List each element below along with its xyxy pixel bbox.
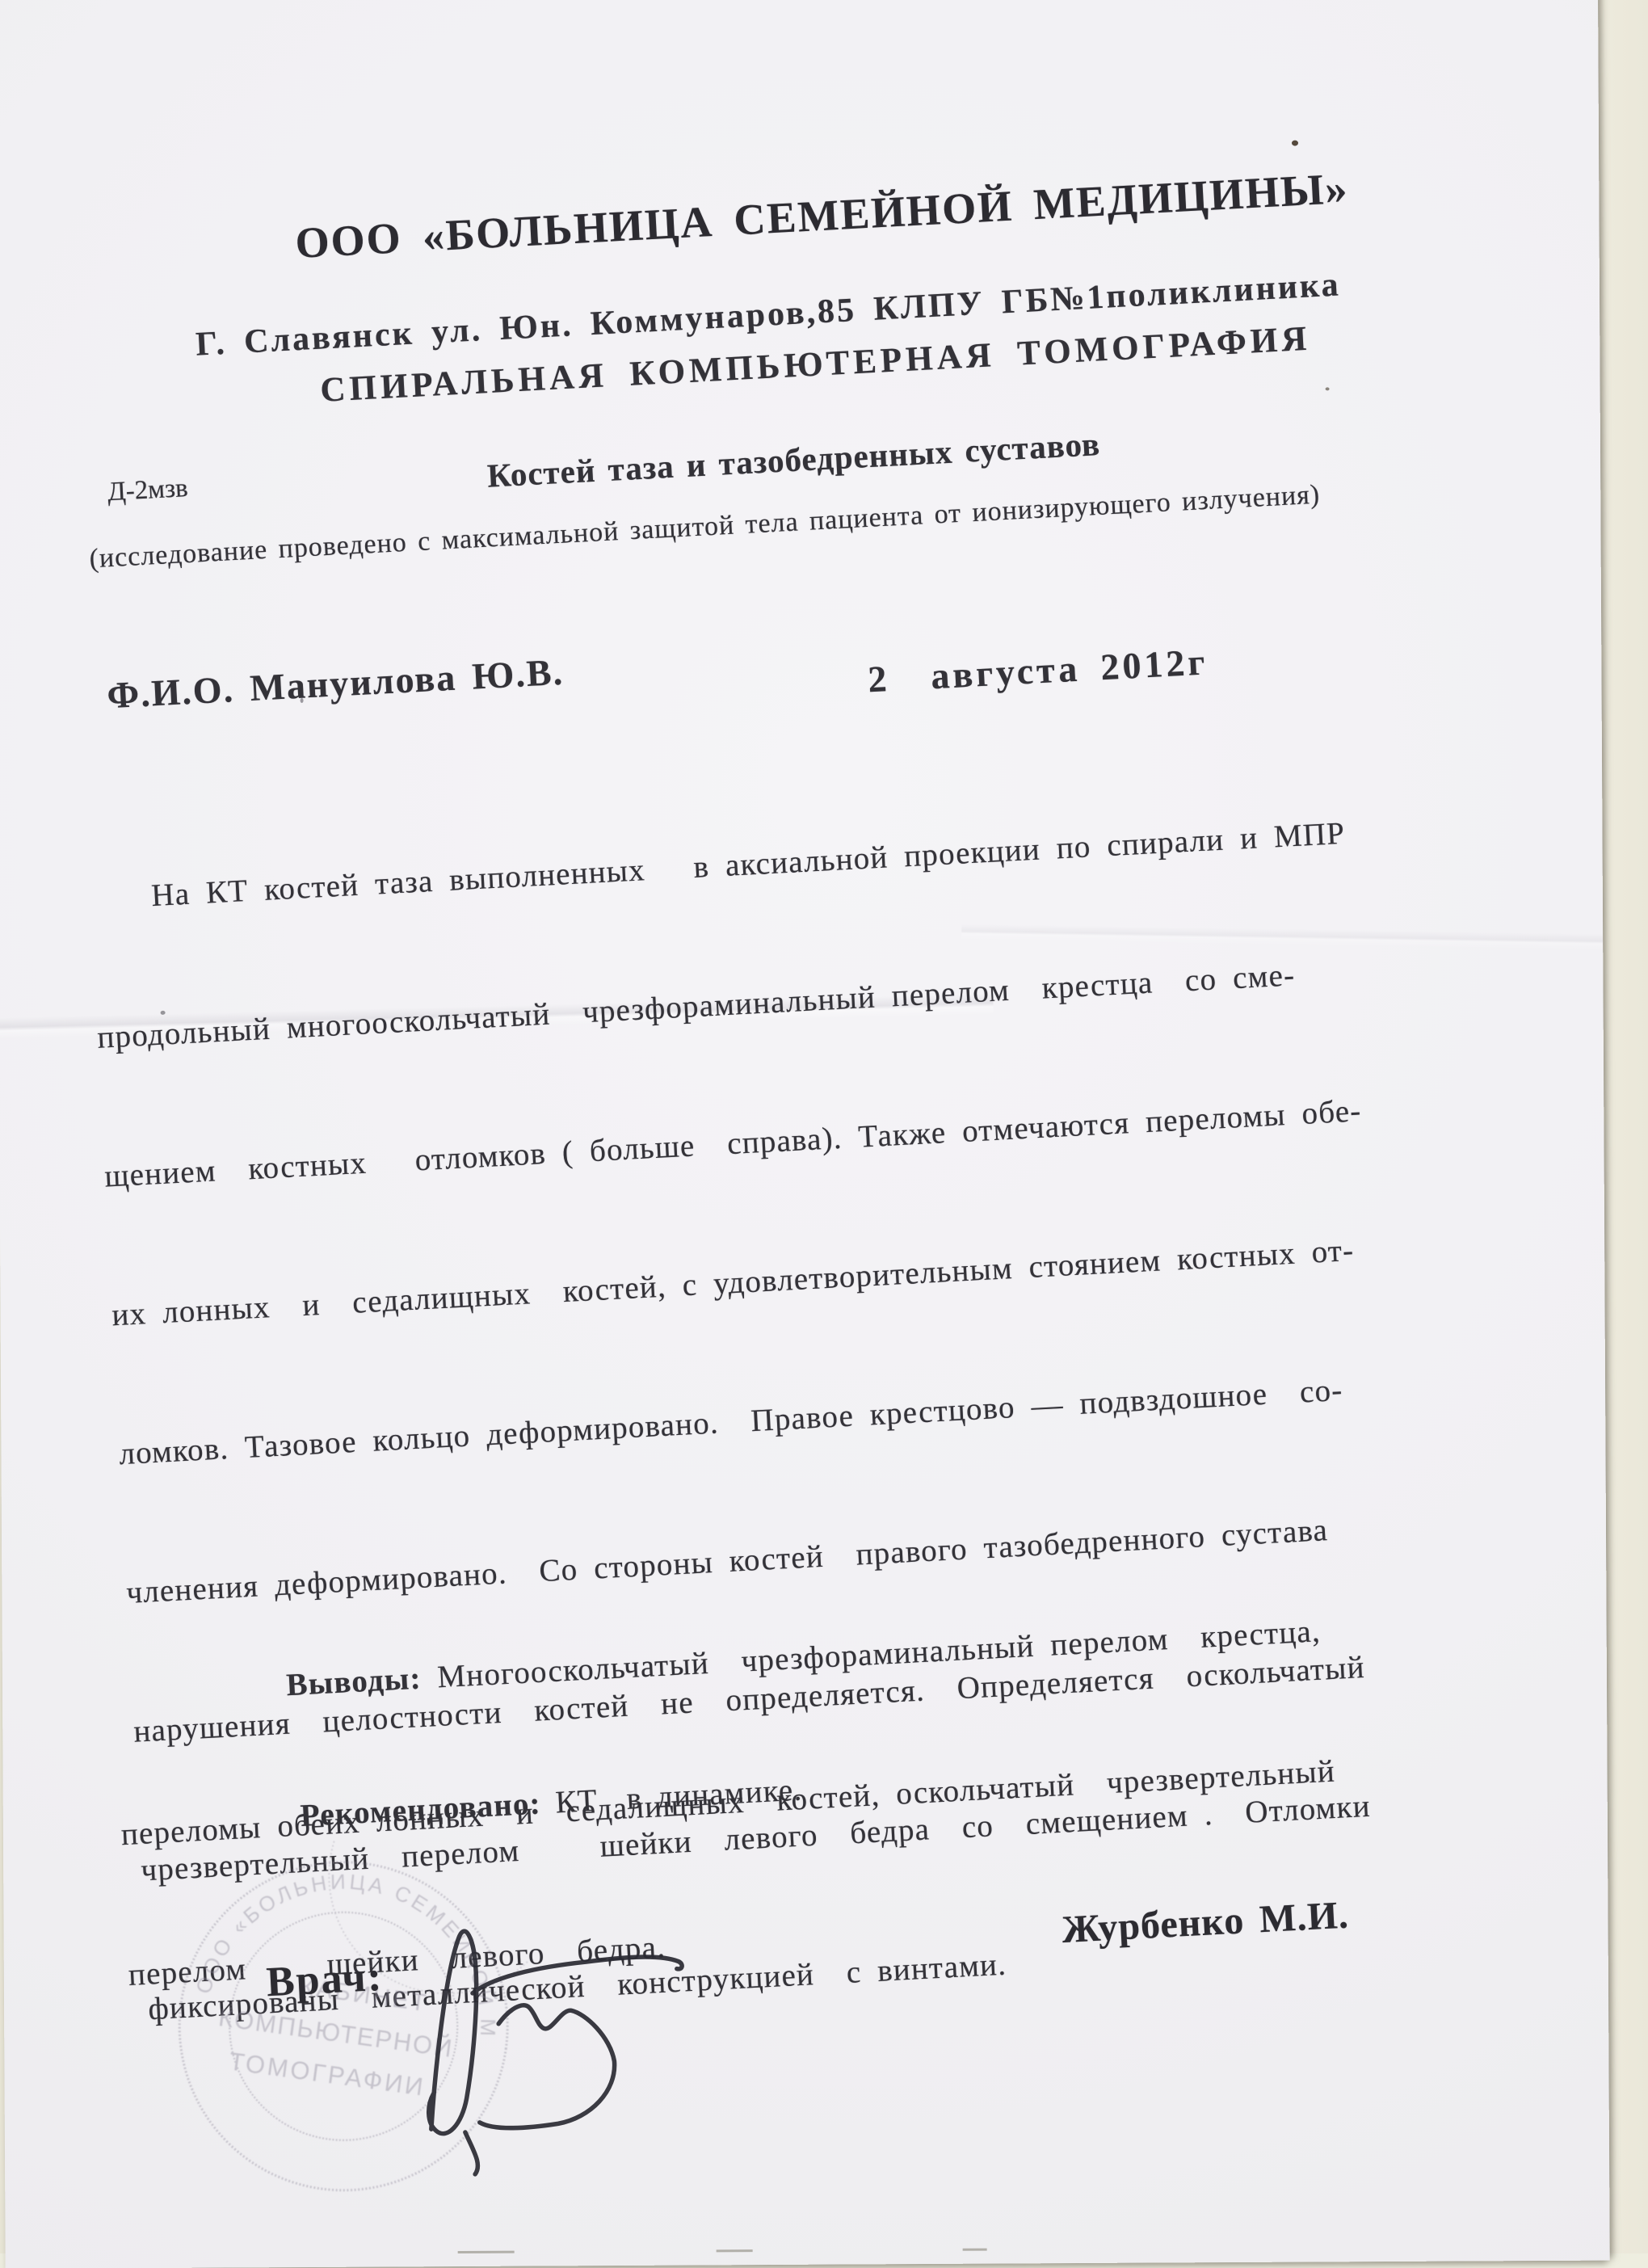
exam-date: 2 августа 2012г xyxy=(867,640,1209,701)
paper-speck xyxy=(1292,141,1298,146)
signature-stroke xyxy=(428,1931,477,2134)
exam-area-heading: Костей таза и тазобедренных суставов xyxy=(486,424,1101,495)
findings-line: На КТ костей таза выполненных в аксиальн… xyxy=(88,801,1348,932)
findings-line: ломков. Тазовое кольцо деформировано. Пр… xyxy=(117,1356,1377,1487)
patient-name: Мануилова Ю.В. xyxy=(249,651,565,709)
scanned-document-page: ООО «БОЛЬНИЦА СЕМЕЙНОЙ МЕДИЦИНЫ» Г. Слав… xyxy=(0,0,1648,2268)
patient-name-label: Ф.И.О. xyxy=(106,668,235,716)
signature-stroke xyxy=(465,2132,478,2174)
conclusions-label: Выводы: xyxy=(285,1661,422,1703)
dose-code-label: Д-2мзв xyxy=(107,473,188,507)
paper-edge-mark xyxy=(963,2249,987,2251)
conclusions-text: Многооскольчатый чрезфораминальный перел… xyxy=(420,1614,1321,1695)
signature-stroke xyxy=(479,2005,615,2128)
conclusions-line: Выводы: Многооскольчатый чрезфораминальн… xyxy=(112,1597,1330,1729)
doctor-signature xyxy=(351,1862,740,2188)
radiation-protection-note: (исследование проведено с максимальной з… xyxy=(89,480,1321,575)
signature-stroke xyxy=(473,1957,683,1993)
findings-line: щением костных отломков ( больше справа)… xyxy=(103,1078,1363,1210)
paper-edge-mark xyxy=(458,2251,515,2253)
findings-line: их лонных и седалищных костей, с удовлет… xyxy=(110,1217,1370,1349)
paper-speck xyxy=(1326,387,1330,390)
patient-name-line: Ф.И.О. Мануилова Ю.В. xyxy=(106,650,565,717)
paper-edge-mark xyxy=(717,2249,753,2252)
clinic-name-heading: ООО «БОЛЬНИЦА СЕМЕЙНОЙ МЕДИЦИНЫ» xyxy=(294,163,1350,268)
findings-line: продольный многооскольчатый чрезфорамина… xyxy=(95,939,1356,1071)
paper-sheet: ООО «БОЛЬНИЦА СЕМЕЙНОЙ МЕДИЦИНЫ» Г. Слав… xyxy=(0,0,1610,2268)
